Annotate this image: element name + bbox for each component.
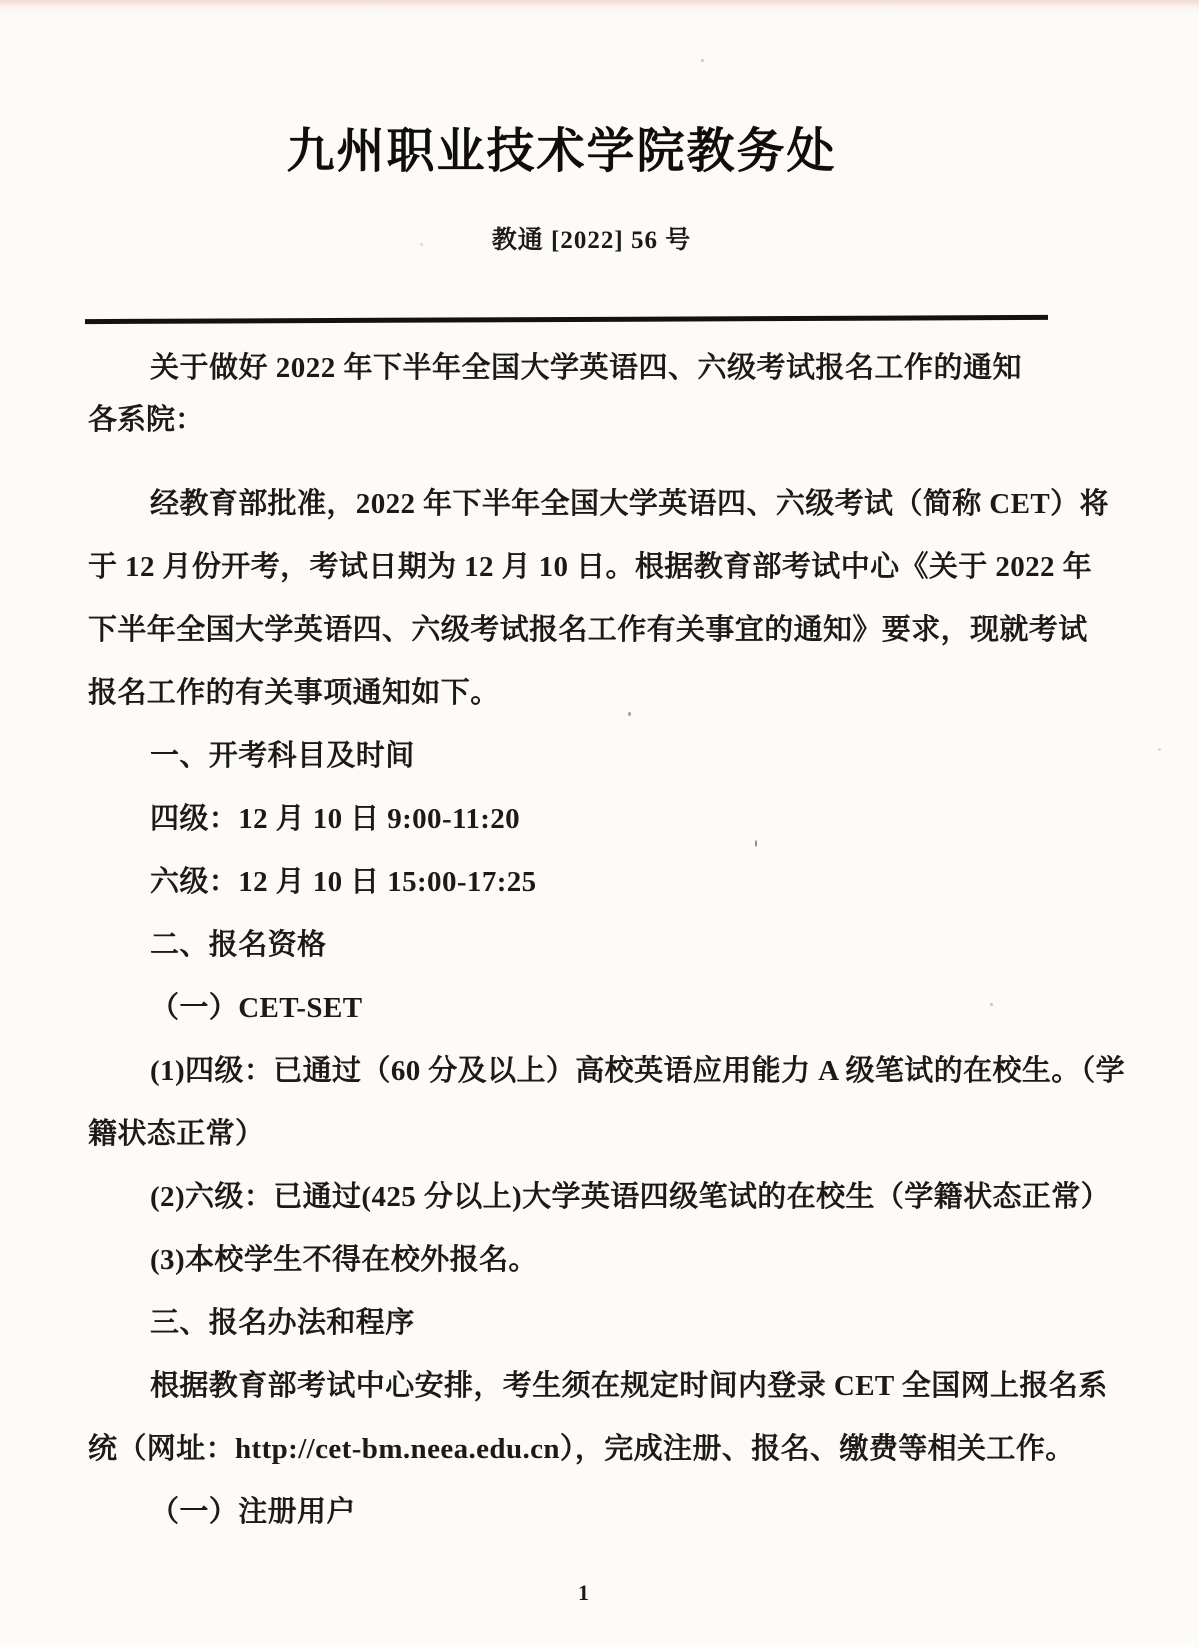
body-line: 根据教育部考试中心安排，考生须在规定时间内登录 CET 全国网上报名系	[88, 1352, 1078, 1415]
body-line: 四级：12 月 10 日 9:00-11:20	[88, 785, 1078, 848]
body-line: 三、报名办法和程序	[88, 1289, 1078, 1352]
notice-title: 关于做好 2022 年下半年全国大学英语四、六级考试报名工作的通知	[150, 351, 1022, 385]
document-number: 教通 [2022] 56 号	[0, 226, 1183, 256]
body-line: 二、报名资格	[88, 911, 1078, 974]
body-line: （一）CET-SET	[88, 974, 1078, 1037]
scan-speck	[701, 59, 704, 62]
body-line: 六级：12 月 10 日 15:00-17:25	[88, 848, 1078, 911]
body-line: (1)四级：已通过（60 分及以上）高校英语应用能力 A 级笔试的在校生。（学	[88, 1037, 1078, 1100]
body-line: (3)本校学生不得在校外报名。	[88, 1226, 1078, 1289]
body-lines: 经教育部批准，2022 年下半年全国大学英语四、六级考试（简称 CET）将于 1…	[88, 470, 1078, 1541]
body-line: 下半年全国大学英语四、六级考试报名工作有关事宜的通知》要求，现就考试	[88, 596, 1078, 659]
body-line: 经教育部批准，2022 年下半年全国大学英语四、六级考试（简称 CET）将	[88, 470, 1078, 533]
body-line: 报名工作的有关事项通知如下。	[88, 659, 1078, 722]
body-line: 一、开考科目及时间	[88, 722, 1078, 785]
body-line: （一）注册用户	[88, 1478, 1078, 1541]
scan-speck	[1158, 748, 1161, 751]
page-number: 1	[578, 1580, 589, 1606]
divider-rule	[85, 315, 1048, 324]
scanned-notice-page: 九州职业技术学院教务处 教通 [2022] 56 号 关于做好 2022 年下半…	[0, 0, 1199, 1647]
body-line: 籍状态正常）	[88, 1100, 1078, 1163]
body-line: (2)六级：已通过(425 分以上)大学英语四级笔试的在校生（学籍状态正常）	[88, 1163, 1078, 1226]
scan-edge-artifact	[0, 0, 1199, 14]
body-line: 于 12 月份开考，考试日期为 12 月 10 日。根据教育部考试中心《关于 2…	[88, 533, 1078, 596]
salutation: 各系院：	[88, 403, 204, 437]
body-line: 统（网址：http://cet-bm.neea.edu.cn），完成注册、报名、…	[88, 1415, 1078, 1478]
issuer-title: 九州职业技术学院教务处	[0, 124, 1123, 180]
